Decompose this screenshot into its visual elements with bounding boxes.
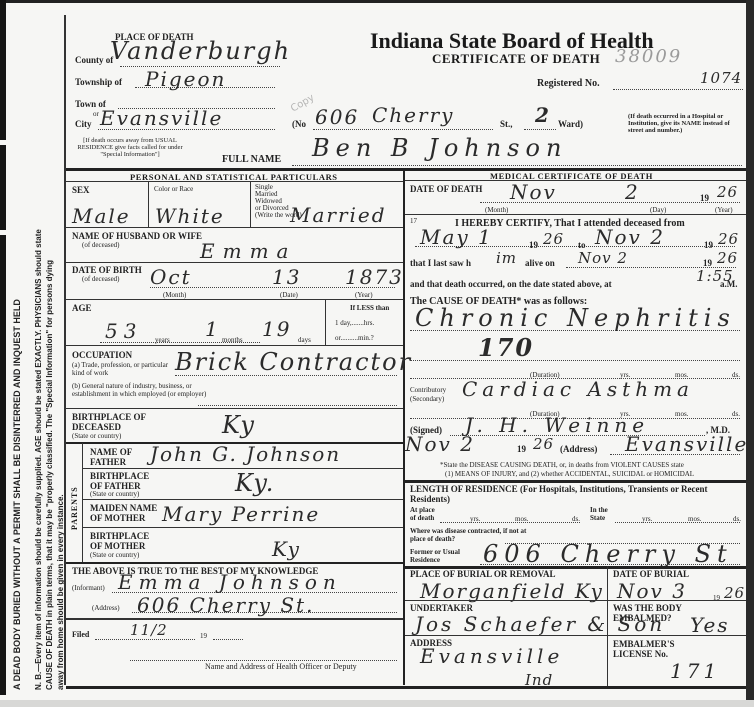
spouse-value: Emma bbox=[200, 240, 296, 262]
death-day: 2 bbox=[625, 181, 640, 203]
birthplace-sub: (State or country) bbox=[72, 432, 121, 440]
father-birthplace-label: BIRTHPLACE OF FATHER bbox=[90, 471, 160, 491]
side-note-line1: N. B.—Every item of information should b… bbox=[34, 229, 43, 690]
death-year-prefix: 19 bbox=[700, 193, 709, 203]
at-place-line bbox=[440, 522, 580, 523]
ward-line bbox=[524, 129, 556, 130]
in-state-label: In the State bbox=[590, 506, 620, 522]
row-line bbox=[405, 635, 746, 636]
mother-label: MAIDEN NAME OF MOTHER bbox=[90, 503, 170, 523]
death-certificate: A DEAD BODY BURIED WITHOUT A PERMIT SHAL… bbox=[0, 0, 754, 707]
burial-date-label: DATE OF BURIAL bbox=[613, 569, 689, 579]
burial-permit-warning: A DEAD BODY BURIED WITHOUT A PERMIT SHAL… bbox=[12, 299, 22, 690]
at-place-ds: ds. bbox=[572, 515, 580, 523]
cause-code: 170 bbox=[478, 335, 534, 361]
mother-birthplace-label: BIRTHPLACE OF MOTHER bbox=[90, 531, 160, 551]
contributory-label: Contributory bbox=[410, 386, 446, 394]
row-line bbox=[405, 480, 746, 483]
cause-line-2 bbox=[410, 360, 740, 361]
day-hrs-label: 1 day,.......hrs. bbox=[335, 319, 374, 327]
burial-place-label: PLACE OF BURIAL OR REMOVAL bbox=[410, 569, 556, 579]
side-black-bar bbox=[0, 145, 6, 230]
row-line bbox=[82, 499, 403, 500]
death-month-label: (Month) bbox=[485, 206, 508, 214]
contributory-ds-label: ds. bbox=[732, 410, 740, 418]
signed-year-prefix: 19 bbox=[517, 444, 526, 454]
sex-value: Male bbox=[72, 205, 131, 227]
county-label: County of bbox=[75, 55, 113, 65]
sex-label: SEX bbox=[72, 185, 90, 195]
row-line bbox=[66, 408, 403, 409]
street-number: 606 bbox=[315, 106, 359, 128]
last-saw-year: 26 bbox=[717, 250, 738, 267]
embalmed-value: Yes bbox=[690, 614, 730, 636]
scan-edge-top bbox=[0, 0, 754, 3]
death-ampm: a.M. bbox=[720, 279, 738, 289]
contributory-value: Cardiac Asthma bbox=[462, 378, 694, 400]
length-of-residence-label: LENGTH OF RESIDENCE (For Hospitals, Inst… bbox=[410, 484, 740, 504]
form-border-bottom bbox=[66, 686, 746, 689]
burial-date-value: Nov 3 bbox=[617, 580, 687, 602]
registered-line bbox=[613, 89, 743, 90]
license-label: EMBALMER'S LICENSE No. bbox=[613, 639, 693, 659]
alive-on-label: alive on bbox=[525, 258, 555, 268]
last-saw-date: Nov 2 bbox=[578, 250, 628, 267]
cause-line bbox=[410, 330, 740, 331]
or-label: or bbox=[93, 110, 99, 118]
father-birthplace-value: Ky. bbox=[235, 470, 275, 496]
former-residence-label: Former or Usual Residence bbox=[410, 548, 480, 564]
death-day-label: (Day) bbox=[650, 206, 666, 214]
in-state-line bbox=[615, 522, 740, 523]
township-label: Township of bbox=[75, 77, 122, 87]
street-name: Cherry bbox=[372, 104, 454, 126]
physician-address: Evansville bbox=[625, 433, 748, 455]
hospital-note: (If death occurred in a Hospital or Inst… bbox=[628, 113, 740, 134]
days-label: days bbox=[298, 336, 311, 344]
years-label: years bbox=[155, 336, 170, 344]
occupation-value: Brick Contractor bbox=[175, 349, 412, 375]
last-saw-label: that I last saw h bbox=[410, 258, 471, 268]
dob-sub: (of deceased) bbox=[82, 275, 120, 283]
street-st-label: St., bbox=[500, 119, 513, 129]
parents-divider bbox=[82, 443, 83, 563]
full-name-line bbox=[292, 165, 742, 166]
attended-from-year-prefix: 19 bbox=[529, 240, 538, 250]
filed-year-line bbox=[213, 639, 243, 640]
at-place-yrs: yrs. bbox=[470, 515, 480, 523]
birthplace-label: BIRTHPLACE OF DECEASED bbox=[72, 412, 152, 432]
birthplace-value: Ky bbox=[222, 412, 256, 438]
filed-date: 11/2 bbox=[130, 622, 168, 639]
ward-value: 2 bbox=[535, 104, 551, 126]
form-subtitle: CERTIFICATE OF DEATH bbox=[432, 51, 600, 67]
informant-address-label: (Address) bbox=[92, 604, 120, 612]
dob-date-label: (Date) bbox=[280, 291, 298, 299]
row-line bbox=[66, 618, 403, 620]
date-of-death-label: DATE OF DEATH bbox=[410, 184, 482, 194]
dob-year-label: (Year) bbox=[355, 291, 373, 299]
contributory-sub: (Secondary) bbox=[410, 395, 444, 403]
dob-label: DATE OF BIRTH bbox=[72, 265, 142, 275]
registered-number: 38009 bbox=[615, 46, 682, 68]
scan-edge-right bbox=[746, 0, 754, 707]
column-divider bbox=[403, 168, 405, 685]
at-place-mos: mos. bbox=[515, 515, 528, 523]
dob-day: 13 bbox=[272, 266, 301, 288]
father-value: John G. Johnson bbox=[150, 443, 341, 465]
row-line bbox=[82, 527, 403, 528]
undertaker-address-value: Evansville bbox=[420, 645, 563, 667]
in-state-mos: mos. bbox=[688, 515, 701, 523]
row-line bbox=[405, 600, 746, 601]
age-label: AGE bbox=[72, 303, 92, 313]
ward-label: Ward) bbox=[558, 119, 583, 129]
occupation-label: OCCUPATION bbox=[72, 350, 132, 360]
mother-value: Mary Perrine bbox=[162, 503, 320, 525]
age-days: 19 bbox=[262, 318, 291, 340]
physician-signature: J. H. Weinne bbox=[465, 414, 649, 436]
registered-sub-number: 1074 bbox=[700, 70, 742, 87]
last-saw-pronoun: im bbox=[496, 250, 517, 267]
former-residence-value: 606 Cherry St bbox=[483, 541, 733, 567]
parents-label: PARENTS bbox=[70, 486, 79, 530]
full-name-value: Ben B Johnson bbox=[312, 135, 567, 161]
street-no-label: (No bbox=[292, 119, 306, 129]
marital-status-value: Married bbox=[290, 204, 387, 226]
race-value: White bbox=[155, 205, 225, 227]
row-line bbox=[66, 299, 403, 300]
health-officer-label: Name and Address of Health Officer or De… bbox=[205, 663, 357, 671]
full-name-label: FULL NAME bbox=[222, 155, 281, 165]
months-label: months bbox=[222, 336, 243, 344]
death-year-label: (Year) bbox=[715, 206, 733, 214]
county-value: Vanderburgh bbox=[110, 38, 291, 64]
row-line bbox=[405, 214, 746, 215]
row-line bbox=[66, 181, 403, 182]
attended-to: Nov 2 bbox=[595, 226, 665, 248]
street-line bbox=[313, 129, 493, 130]
spouse-sub: (of deceased) bbox=[82, 241, 120, 249]
filed-line bbox=[95, 639, 195, 640]
spouse-label: NAME OF HUSBAND OR WIFE bbox=[72, 231, 202, 241]
usual-residence-note: [If death occurs away from USUAL RESIDEN… bbox=[75, 137, 185, 158]
cell-divider bbox=[250, 181, 251, 227]
filed-label: Filed bbox=[72, 630, 89, 640]
informant-value: Emma Johnson bbox=[118, 571, 342, 593]
row-line bbox=[405, 180, 746, 181]
signed-year: 26 bbox=[533, 436, 554, 453]
signed-date: Nov 2 bbox=[405, 433, 475, 455]
dob-year: 1873 bbox=[345, 266, 404, 288]
attended-to-year-prefix: 19 bbox=[704, 240, 713, 250]
age-years: 53 bbox=[105, 320, 142, 342]
footnote-line2: (1) MEANS OF INJURY, and (2) whether ACC… bbox=[445, 470, 694, 478]
city-label: City bbox=[75, 119, 92, 129]
mother-birthplace-value: Ky bbox=[272, 538, 301, 560]
less-than-label: If LESS than bbox=[350, 304, 389, 312]
burial-place-value: Morganfield Ky bbox=[420, 580, 604, 602]
occupation-b-label: (b) General nature of industry, business… bbox=[72, 382, 207, 398]
cause-value: Chronic Nephritis bbox=[415, 305, 736, 331]
row-line bbox=[66, 562, 403, 564]
field-number-17: 17 bbox=[410, 217, 417, 225]
filed-year-label: 19 bbox=[200, 632, 207, 640]
occupation-a-label: (a) Trade, profession, or particular kin… bbox=[72, 361, 177, 377]
side-note-line2: CAUSE OF DEATH in plain terms, that it m… bbox=[45, 260, 54, 690]
attended-from: May 1 bbox=[420, 226, 493, 248]
contributory-mos-label: mos. bbox=[675, 410, 688, 418]
copy-stamp: Copy bbox=[289, 92, 316, 114]
race-label: Color or Race bbox=[154, 185, 193, 193]
registered-label: Registered No. bbox=[537, 79, 600, 89]
footnote-line1: *State the DISEASE CAUSING DEATH, or, in… bbox=[440, 461, 684, 469]
father-birthplace-sub: (State or country) bbox=[90, 490, 139, 498]
informant-label: (Informant) bbox=[72, 584, 105, 592]
death-year: 26 bbox=[717, 184, 738, 201]
in-state-yrs: yrs. bbox=[642, 515, 652, 523]
row-line bbox=[66, 345, 403, 346]
township-value: Pigeon bbox=[145, 68, 226, 90]
form-border-left bbox=[64, 15, 66, 685]
attended-to-year: 26 bbox=[718, 231, 739, 248]
or-min-label: or..........min.? bbox=[335, 334, 374, 342]
occurred-label: and that death occurred, on the date sta… bbox=[410, 279, 612, 289]
informant-address-value: 606 Cherry St. bbox=[137, 594, 314, 616]
industry-line bbox=[198, 405, 397, 406]
in-state-ds: ds. bbox=[733, 515, 741, 523]
side-black-bar bbox=[0, 0, 6, 140]
mother-birthplace-sub: (State or country) bbox=[90, 551, 139, 559]
age-months: 1 bbox=[205, 318, 220, 340]
dob-month-label: (Month) bbox=[163, 291, 186, 299]
attended-from-year: 26 bbox=[543, 231, 564, 248]
cell-divider bbox=[148, 181, 149, 227]
city-value: Evansville bbox=[100, 107, 223, 129]
death-month: Nov bbox=[510, 181, 557, 203]
row-line bbox=[66, 227, 403, 228]
physician-address-label: (Address) bbox=[560, 444, 597, 454]
scan-edge-bottom bbox=[0, 700, 754, 707]
at-place-label: At place of death bbox=[410, 506, 440, 522]
dob-month: Oct bbox=[150, 266, 192, 288]
license-value: 171 bbox=[670, 660, 720, 682]
health-officer-line bbox=[130, 660, 397, 661]
side-black-bar bbox=[0, 235, 6, 695]
row-line bbox=[66, 262, 403, 263]
cell-divider bbox=[325, 299, 326, 345]
